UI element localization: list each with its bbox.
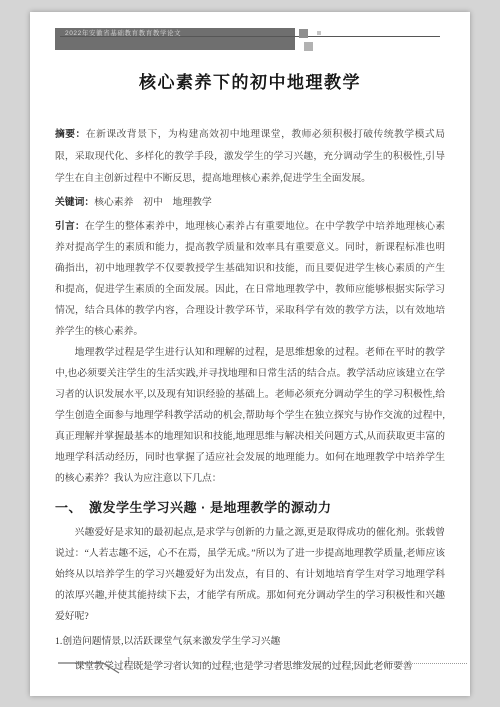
header-rule-line	[60, 36, 440, 37]
keywords-label: 关键词：	[55, 197, 94, 208]
document-body: 摘要：在新课改背景下，为构建高效初中地理课堂，教师必须积极打破传统教学模式局限，…	[55, 124, 445, 677]
footnote-dotted-line	[133, 663, 467, 664]
body-paragraph-1: 地理教学过程是学生进行认知和理解的过程，是思维想象的过程。老师在平时的教学中,也…	[55, 342, 445, 489]
abstract-text: 在新课改背景下，为构建高效初中地理课堂，教师必须积极打破传统教学模式局限，采取现…	[55, 129, 445, 184]
deco-square-light-icon	[304, 42, 313, 51]
footnote-separator-line	[58, 662, 120, 674]
keywords-line: 关键词：核心素养 初中 地理教学	[55, 192, 445, 214]
deco-square-small-icon	[317, 31, 321, 35]
deco-square-large-icon	[299, 29, 308, 38]
introduction-paragraph: 引言：在学生的整体素养中，地理核心素养占有重要地位。在中学教学中培养地理核心素养…	[55, 216, 445, 342]
page-title: 核心素养下的初中地理教学	[30, 68, 470, 93]
keywords-text: 核心素养 初中 地理教学	[94, 197, 212, 208]
abstract-paragraph: 摘要：在新课改背景下，为构建高效初中地理课堂，教师必须积极打破传统教学模式局限，…	[55, 124, 445, 190]
introduction-text: 在学生的整体素养中，地理核心素养占有重要地位。在中学教学中培养地理核心素养对提高…	[55, 221, 445, 337]
document-page: 2022年安徽省基础教育教育教学论文 核心素养下的初中地理教学 摘要：在新课改背…	[30, 12, 470, 696]
footnote-marker: 1	[127, 656, 131, 664]
numbered-sub-item-1: 1.创造问题情景,以活跃课堂气氛来激发学生学习兴趣	[55, 631, 445, 652]
introduction-label: 引言：	[55, 221, 85, 232]
body-paragraph-2: 兴趣爱好是求知的最初起点,是求学与创新的力量之源,更是取得成功的催化剂。张载曾说…	[55, 522, 445, 627]
header-banner: 2022年安徽省基础教育教育教学论文	[55, 28, 295, 50]
section-heading-1: 一、 激发学生学习兴趣 · 是地理教学的源动力	[55, 497, 445, 516]
abstract-label: 摘要：	[55, 129, 86, 140]
